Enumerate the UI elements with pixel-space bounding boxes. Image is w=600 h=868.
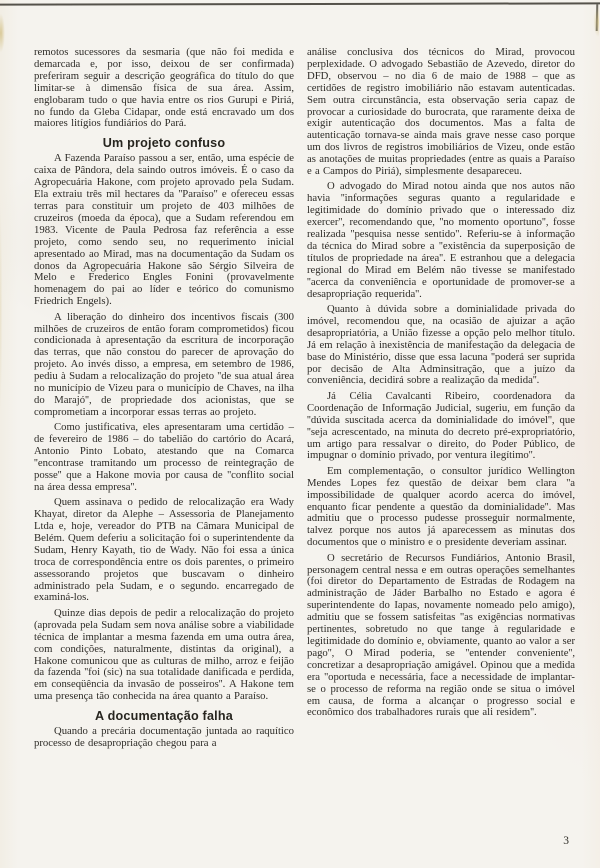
body-paragraph: análise conclusiva dos técnicos do Mirad… [307, 47, 575, 178]
body-paragraph: A liberação do dinheiro dos incentivos f… [34, 312, 294, 419]
page-number: 3 [563, 835, 569, 847]
scan-edge-right-tick [596, 4, 598, 31]
text-columns: remotos sucessores da sesmaria (que não … [34, 47, 575, 753]
body-paragraph: Já Célia Cavalcanti Ribeiro, coordenador… [307, 391, 575, 462]
body-paragraph: remotos sucessores da sesmaria (que não … [34, 47, 294, 130]
body-paragraph: O secretário de Recursos Fundiários, Ant… [307, 553, 575, 720]
body-paragraph: Quinze dias depois de pedir a relocaliza… [34, 608, 294, 703]
paper-smudge-left-lower [0, 180, 5, 440]
body-paragraph: A Fazenda Paraíso passou a ser, então, u… [34, 153, 294, 308]
scanned-document-page: remotos sucessores da sesmaria (que não … [0, 0, 600, 868]
body-paragraph: O advogado do Mirad notou ainda que nos … [307, 181, 575, 300]
section-heading-um-projeto-confuso: Um projeto confuso [34, 136, 294, 150]
body-paragraph: Quando a precária documentação juntada a… [34, 726, 294, 750]
right-column: análise conclusiva dos técnicos do Mirad… [307, 47, 575, 753]
left-column: remotos sucessores da sesmaria (que não … [34, 47, 294, 753]
body-paragraph: Quanto à dúvida sobre a dominialidade pr… [307, 304, 575, 387]
paper-smudge-left [0, 7, 9, 59]
section-heading-a-documentacao-falha: A documentação falha [34, 709, 294, 723]
body-paragraph: Como justificativa, eles apresentaram um… [34, 422, 294, 493]
body-paragraph: Quem assinava o pedido de relocalização … [34, 497, 294, 604]
scan-edge-top-line [0, 2, 600, 5]
body-paragraph: Em complementação, o consultor jurídico … [307, 466, 575, 549]
